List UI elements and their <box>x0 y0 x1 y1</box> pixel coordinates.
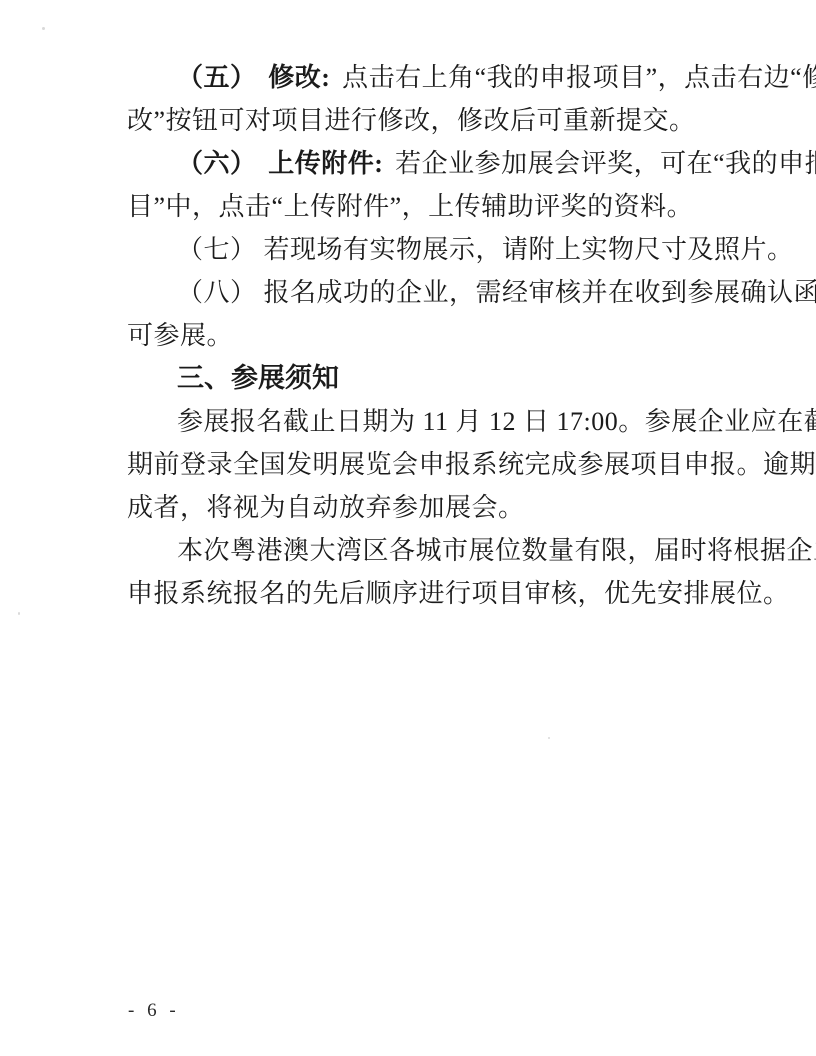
item5-label: 修改: <box>268 63 330 92</box>
page-number: - 6 - <box>128 1000 180 1022</box>
item6-number: （六） <box>177 149 257 178</box>
document-page: （五）修改:点击右上角“我的申报项目”，点击右边“修 改”按钮可对项目进行修改，… <box>0 0 816 1056</box>
item6-label: 上传附件: <box>268 149 383 178</box>
scan-speck <box>42 27 45 30</box>
item7-line1: （七） 若现场有实物展示，请附上实物尺寸及照片。 <box>127 228 741 271</box>
deadline-line2: 期前登录全国发明展览会申报系统完成参展项目申报。逾期未完 <box>127 443 741 486</box>
section3-heading: 三、参展须知 <box>127 357 741 400</box>
item8-line2: 可参展。 <box>127 314 741 357</box>
deadline-line3: 成者，将视为自动放弃参加展会。 <box>127 486 741 529</box>
item5-number: （五） <box>177 63 257 92</box>
deadline-line1: 参展报名截止日期为 11 月 12 日 17:00。参展企业应在截止日 <box>127 400 741 443</box>
scan-speck <box>548 737 550 739</box>
item5-line2: 改”按钮可对项目进行修改，修改后可重新提交。 <box>127 99 741 142</box>
item6-line1: （六）上传附件:若企业参加展会评奖，可在“我的申报项 <box>127 142 741 185</box>
item5-line1-text: 点击右上角“我的申报项目”，点击右边“修 <box>342 63 816 92</box>
item6-line1-text: 若企业参加展会评奖，可在“我的申报项 <box>395 149 816 178</box>
booth-line2: 申报系统报名的先后顺序进行项目审核，优先安排展位。 <box>127 572 741 615</box>
item6-line2: 目”中，点击“上传附件”，上传辅助评奖的资料。 <box>127 185 741 228</box>
item8-line1: （八） 报名成功的企业，需经审核并在收到参展确认函后方 <box>127 271 741 314</box>
document-text-block: （五）修改:点击右上角“我的申报项目”，点击右边“修 改”按钮可对项目进行修改，… <box>127 56 741 615</box>
scan-speck <box>18 612 20 615</box>
booth-line1: 本次粤港澳大湾区各城市展位数量有限，届时将根据企业在 <box>127 529 741 572</box>
item5-line1: （五）修改:点击右上角“我的申报项目”，点击右边“修 <box>127 56 741 99</box>
